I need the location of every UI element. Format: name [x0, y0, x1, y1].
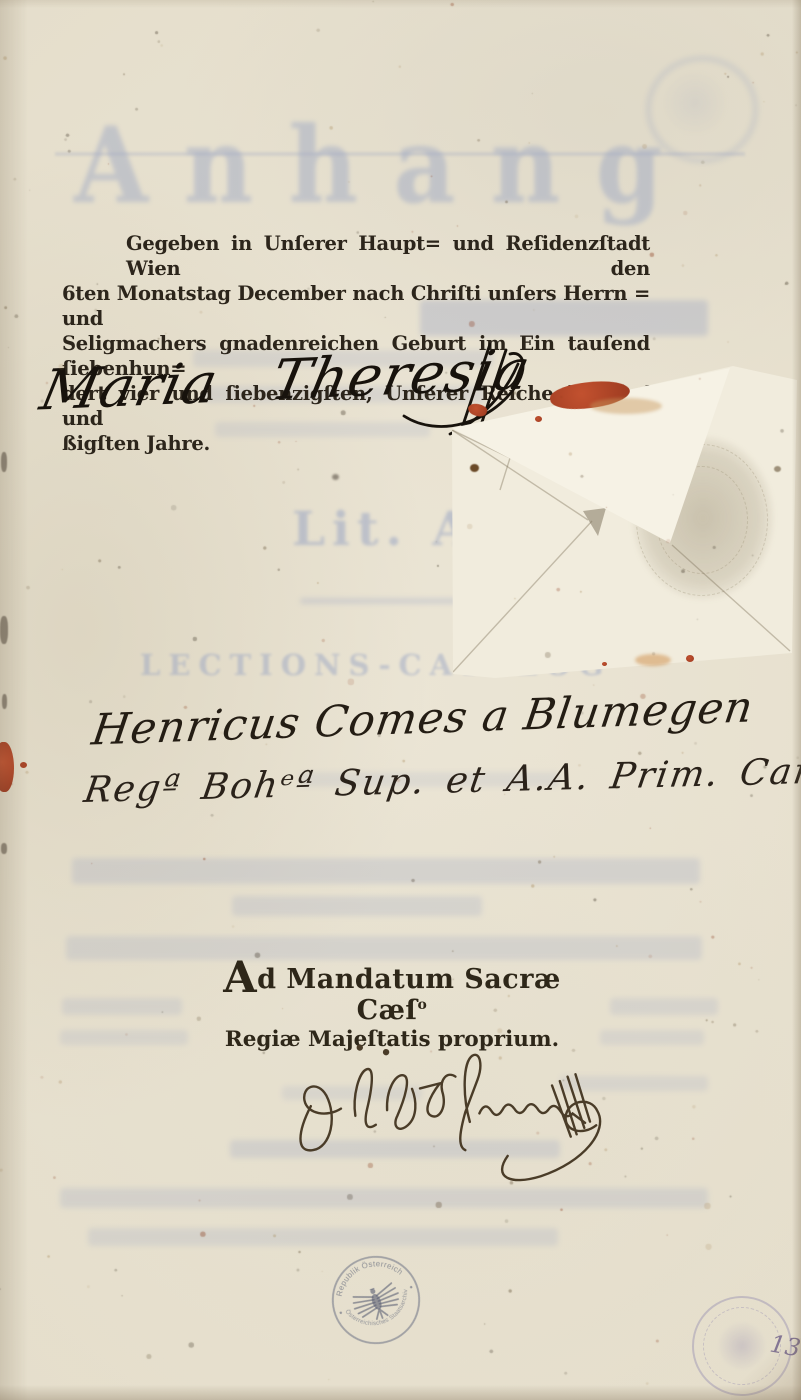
stamp-separator-dot: [339, 1311, 342, 1314]
wax-spot-left-edge: [0, 742, 14, 792]
stamp-separator-dot: [410, 1286, 413, 1289]
mandatum-line1-rest: d Mandatum Sacræ Cæſ: [257, 964, 561, 1026]
decree-line: 6ten Monatstag December nach Chriſti unſ…: [62, 281, 650, 331]
ghost-rule: [55, 152, 745, 156]
ghost-text-line: [610, 998, 718, 1015]
countersignature-flourish: [283, 1026, 651, 1186]
binding-mark: [0, 616, 8, 644]
decree-line: Gegeben in Unſerer Haupt= und Reſidenzſt…: [62, 231, 650, 281]
ghost-text-line: [60, 1030, 188, 1045]
document-page: Anhang Lit. A. LECTIONS-CATALOG Gegeben …: [0, 0, 801, 1400]
page-edge-bottom: [0, 1385, 801, 1400]
mandatum-superscript: o: [418, 997, 428, 1013]
ghost-text-line: [60, 1188, 708, 1208]
page-edge-top: [0, 0, 801, 8]
svg-text:Republik Österreich: Republik Österreich: [327, 1249, 406, 1300]
wax-spot: [467, 401, 489, 418]
stamp-top-text: Republik Österreich: [327, 1249, 406, 1300]
ghost-text-line: [72, 858, 700, 884]
wax-spot: [686, 655, 694, 662]
folio-number-pencil: 13: [768, 1330, 801, 1363]
wax-dot: [20, 762, 27, 768]
ghost-text-line: [66, 936, 702, 960]
mandatum-line1: Ad Mandatum Sacræ Cæſo: [192, 964, 592, 1026]
ghost-title-text: Anhang: [74, 104, 698, 227]
binding-mark: [2, 694, 7, 709]
ghost-text-line: [62, 998, 182, 1015]
ghost-text-line: [232, 896, 482, 916]
signature-henricus-title: Regª Bohᵉª Sup. et A.A. Prim. Canc.: [81, 750, 801, 811]
mandatum-initial: A: [223, 953, 257, 1003]
wax-spot: [602, 662, 607, 666]
signature-henricus: Henricus Comes a Blumegen: [89, 683, 757, 756]
archive-stamp: Republik Österreich Österreichisches Sta…: [314, 1238, 437, 1361]
ghost-text-line: [88, 1228, 558, 1246]
ink-spot: [774, 466, 781, 472]
rust-stain: [635, 654, 671, 666]
papered-wax-seal: [440, 358, 801, 692]
ghost-stamp-blob-top: [663, 72, 727, 134]
binding-mark: [1, 843, 7, 854]
binding-mark: [1, 452, 7, 472]
wax-stain: [590, 398, 662, 414]
page-edge-right: [792, 0, 801, 1400]
wax-spot: [535, 416, 542, 422]
ink-spot: [470, 464, 479, 472]
ink-smudge: [332, 474, 339, 480]
